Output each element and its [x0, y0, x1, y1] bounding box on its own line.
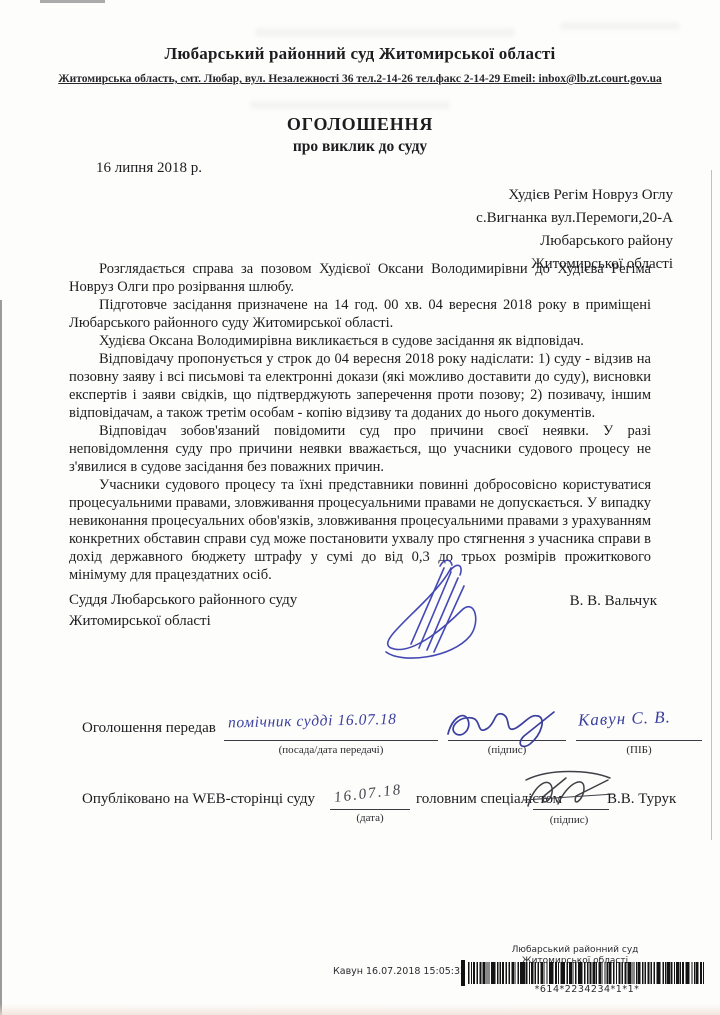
published-signature-caption: (підпис)	[527, 814, 611, 826]
court-name-heading: Любарський районний суд Житомирської обл…	[0, 44, 720, 64]
handover-name-caption: (ПІБ)	[576, 744, 702, 756]
scanned-court-document: Любарський районний суд Житомирської обл…	[0, 0, 720, 1015]
scan-ghost-mark	[560, 22, 680, 30]
barcode	[468, 962, 706, 984]
handover-label: Оголошення передав	[82, 720, 216, 737]
addressee-line: Любарського району	[476, 230, 673, 253]
scan-edge-top	[40, 0, 105, 3]
judge-position-line: Суддя Любарського районного суду	[69, 590, 297, 611]
judge-position-block: Суддя Любарського районного суду Житомир…	[69, 590, 297, 632]
specialist-name: В.В. Турук	[607, 791, 676, 808]
published-date-caption: (дата)	[330, 812, 410, 824]
published-prefix: Опубліковано на WEB-сторінці суду	[82, 791, 315, 808]
body-paragraph: Відповідач зобов'язаний повідомити суд п…	[69, 422, 651, 476]
body-paragraph: Відповідачу пропонується у строк до 04 в…	[69, 350, 651, 422]
judge-position-line: Житомирської області	[69, 611, 297, 632]
body-paragraph: Підготовче засідання призначене на 14 го…	[69, 296, 651, 332]
scan-edge-left	[0, 300, 2, 1015]
document-date: 16 липня 2018 р.	[96, 160, 202, 177]
scan-ghost-mark	[250, 101, 450, 109]
scan-bottom-tint	[0, 1004, 720, 1015]
document-body: Розглядається справа за позовом Худієвої…	[69, 260, 651, 584]
document-subtitle: про виклик до суду	[0, 138, 720, 156]
stamp-court-line: Любарський районний суд	[470, 945, 680, 956]
judge-signature	[378, 556, 503, 674]
body-paragraph: Розглядається справа за позовом Худієвої…	[69, 260, 651, 296]
body-paragraph: Учасники судового процесу та їхні предст…	[69, 476, 651, 584]
scan-edge-right	[711, 170, 712, 840]
body-paragraph: Худієва Оксана Володимирівна викликаєтьс…	[69, 332, 651, 350]
scan-ghost-mark	[255, 28, 515, 37]
addressee-line: Худієв Регім Новруз Оглу	[476, 184, 673, 207]
court-address-line: Житомирська область, смт. Любар, вул. Не…	[0, 73, 720, 85]
handover-position-caption: (посада/дата передачі)	[224, 744, 438, 756]
judge-name: В. В. Вальчук	[570, 593, 657, 610]
document-title: ОГОЛОШЕННЯ	[0, 114, 720, 135]
addressee-line: с.Вигнанка вул.Перемоги,20-А	[476, 207, 673, 230]
handover-signature-caption: (підпис)	[448, 744, 566, 756]
barcode-value: *614*2234234*1*1*	[468, 984, 706, 995]
specialist-signature	[522, 768, 617, 814]
stamp-operator-line: Кавун 16.07.2018 15:05:32	[333, 966, 466, 977]
